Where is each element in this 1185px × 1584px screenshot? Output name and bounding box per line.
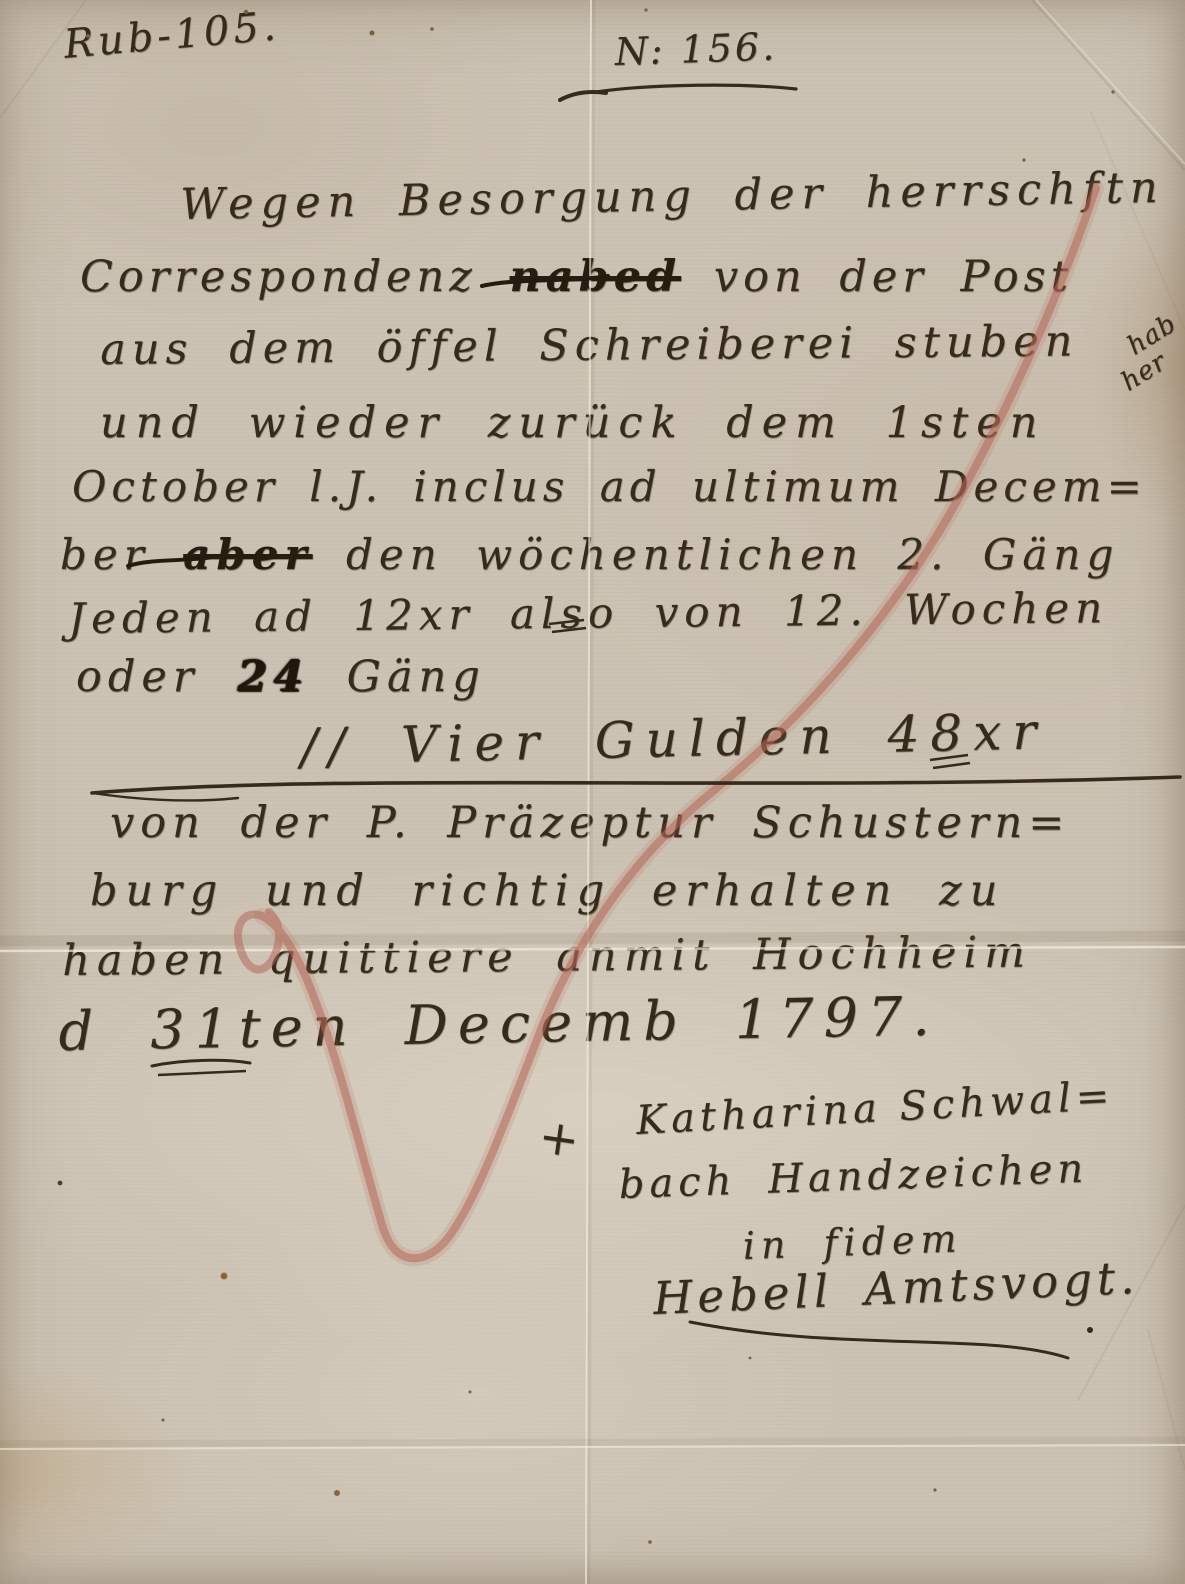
- signature-flourish: [690, 1322, 1093, 1358]
- body-line-7: Jeden ad 12xr also von 12. Wochen: [68, 583, 1108, 643]
- body-line-10: burg und richtig erhalten zu: [90, 866, 1005, 916]
- body-line-5: October l.J. inclus ad ultimum Decem=: [72, 462, 1147, 511]
- amount-line: // Vier Gulden 48xr: [300, 702, 1048, 776]
- fold-crease-horizontal-bottom: [0, 1440, 1185, 1449]
- blotted-number: 24: [237, 652, 309, 702]
- signature-line-2: bach Handzeichen: [618, 1146, 1089, 1208]
- body-line-2-text: Correspondenz: [80, 252, 477, 302]
- body-line-3: aus dem öffel Schreiberei stuben: [100, 316, 1079, 375]
- amount-underline-flourish: [92, 777, 1180, 800]
- body-line-6-text: ber: [60, 530, 150, 579]
- body-line-6: ber aber den wöchentlichen 2. Gäng: [60, 530, 1119, 579]
- margin-note-word-2: her: [1116, 347, 1172, 398]
- body-line-11: haben quittiere anmit Hochheim: [62, 928, 1032, 986]
- scanned-document-page: Rub-105. N: 156. Wegen Besorgung der her…: [0, 0, 1185, 1584]
- body-line-9: von der P. Präzeptur Schustern=: [110, 798, 1070, 848]
- amount-text: Vier Gulden 48xr: [401, 702, 1048, 774]
- body-line-2-text-b: von der Post: [714, 252, 1073, 302]
- paper-specks: [58, 8, 1115, 1543]
- body-line-6-text-b: den wöchentlichen 2. Gäng: [346, 530, 1119, 579]
- date-line: d 31ten Decemb 1797.: [58, 985, 940, 1063]
- body-line-8-text: oder: [76, 652, 199, 702]
- ledger-number: Rub-105.: [62, 3, 281, 68]
- date-underline: [152, 1060, 250, 1075]
- ink-and-crayon-strokes: [0, 0, 1185, 1584]
- body-line-1: Wegen Besorgung der herrschftn: [180, 163, 1165, 230]
- amount-prefix-strokes: //: [300, 717, 357, 776]
- fold-crease-vertical: [586, 0, 593, 1584]
- body-line-8-text-b: Gäng: [347, 652, 486, 702]
- body-line-4: und wieder zurück dem 1sten: [100, 398, 1045, 448]
- signature-cross-mark: +: [535, 1108, 583, 1169]
- signature-line-4: Hebell Amtsvogt.: [652, 1251, 1140, 1325]
- body-line-8: oder 24 Gäng: [76, 652, 486, 702]
- crossed-out-word-2: aber: [183, 530, 312, 579]
- signature-line-1: Katharina Schwal=: [635, 1073, 1115, 1144]
- document-number: N: 156.: [614, 24, 778, 74]
- crossed-out-word: nabed: [510, 252, 682, 302]
- body-line-2: Correspondenz nabed von der Post: [80, 252, 1073, 302]
- document-number-underline: [560, 85, 796, 100]
